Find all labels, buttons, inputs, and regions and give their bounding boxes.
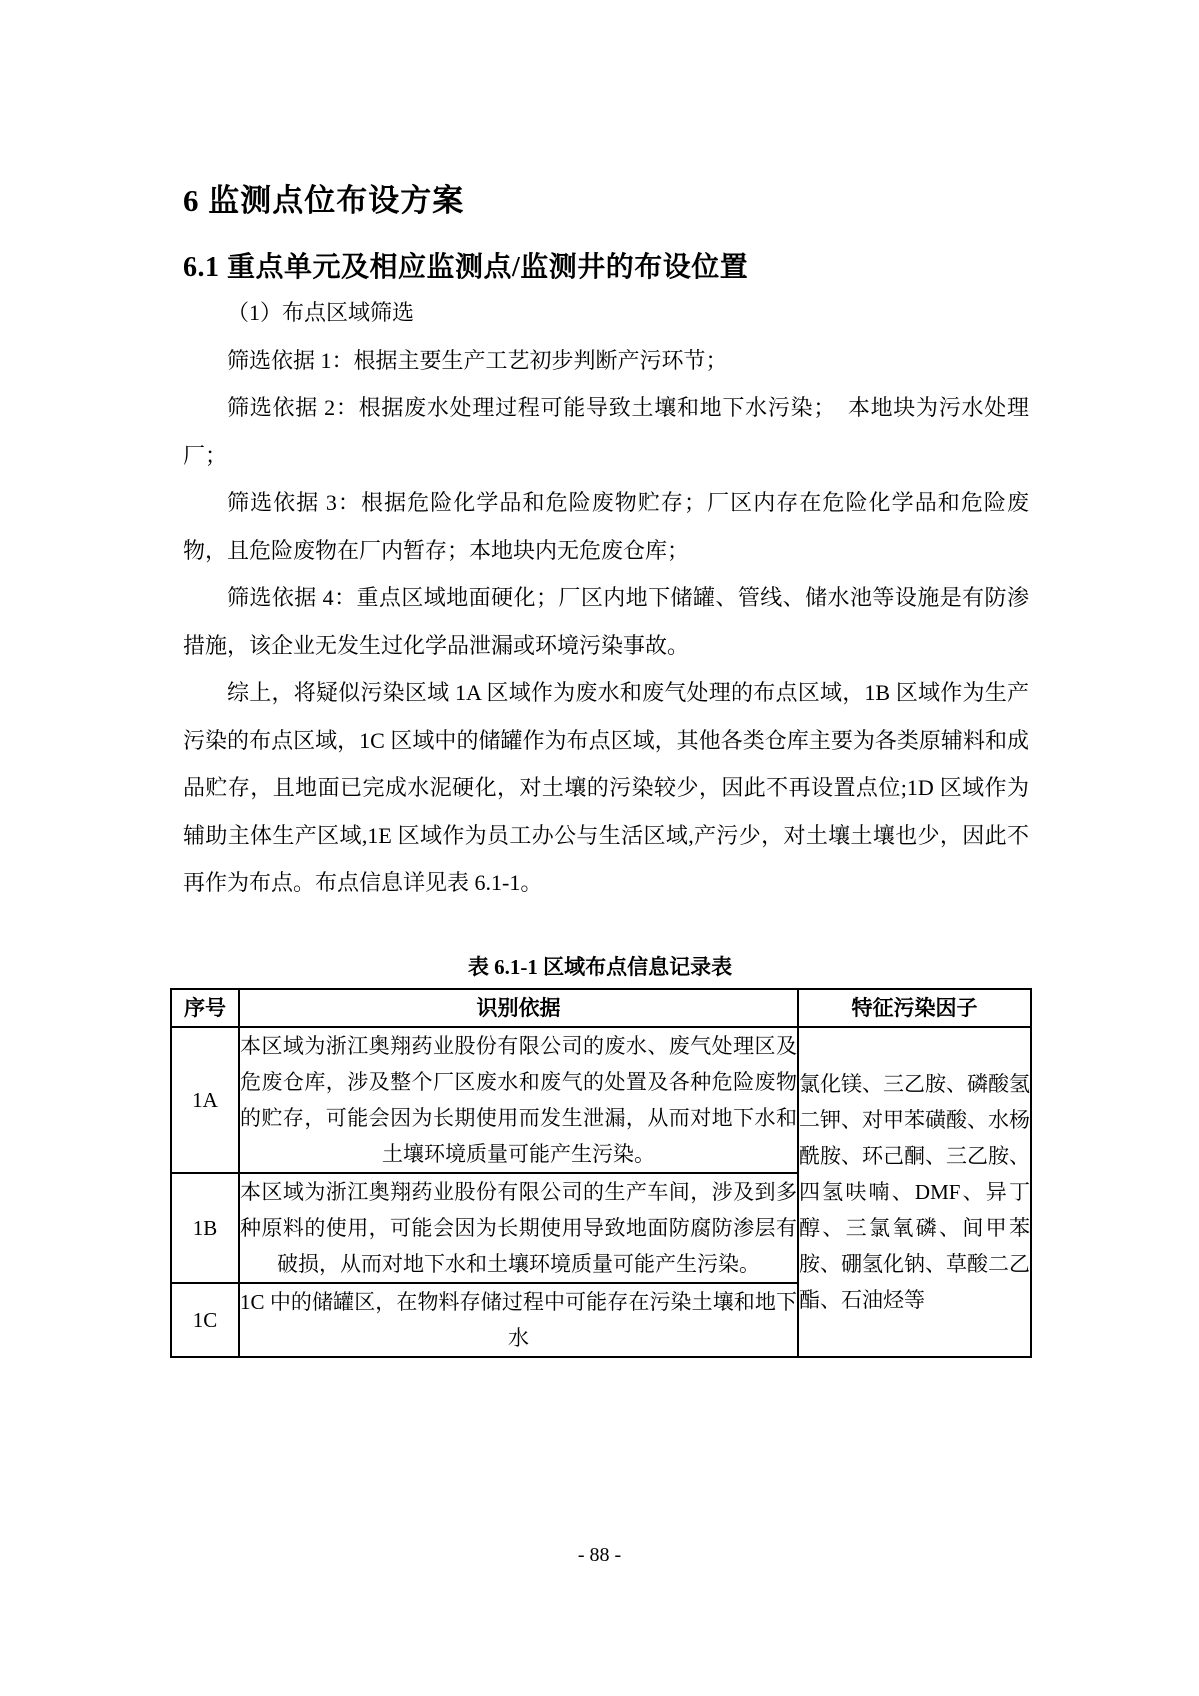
col-header-serial: 序号 (171, 989, 239, 1027)
page-number: - 88 - (0, 1542, 1199, 1568)
paragraph-basis-1: 筛选依据 1：根据主要生产工艺初步判断产污环节； (183, 337, 1029, 385)
col-header-basis: 识别依据 (239, 989, 798, 1027)
table-header-row: 序号 识别依据 特征污染因子 (171, 989, 1031, 1027)
table-caption: 表 6.1-1 区域布点信息记录表 (170, 951, 1030, 983)
row-1c-basis: 1C 中的储罐区，在物料存储过程中可能存在污染土壤和地下水 (239, 1283, 798, 1357)
paragraph-summary: 综上，将疑似污染区域 1A 区域作为废水和废气处理的布点区域，1B 区域作为生产… (183, 669, 1029, 907)
row-1b-id: 1B (171, 1173, 239, 1283)
row-1a-basis: 本区域为浙江奥翔药业股份有限公司的废水、废气处理区及危废仓库，涉及整个厂区废水和… (239, 1027, 798, 1173)
row-1c-id: 1C (171, 1283, 239, 1357)
paragraph-basis-3: 筛选依据 3：根据危险化学品和危险废物贮存；厂区内存在危险化学品和危险废物，且危… (183, 479, 1029, 574)
subsection-heading: 6.1 重点单元及相应监测点/监测井的布设位置 (183, 248, 1030, 288)
document-content: 6 监测点位布设方案 6.1 重点单元及相应监测点/监测井的布设位置 （1）布点… (170, 0, 1030, 1358)
section-heading: 6 监测点位布设方案 (183, 181, 1030, 221)
row-1a-id: 1A (171, 1027, 239, 1173)
document-page: 6 监测点位布设方案 6.1 重点单元及相应监测点/监测井的布设位置 （1）布点… (0, 0, 1199, 1696)
row-1b-basis: 本区域为浙江奥翔药业股份有限公司的生产车间，涉及到多种原料的使用，可能会因为长期… (239, 1173, 798, 1283)
pollutants-cell: 氯化镁、三乙胺、磷酸氢二钾、对甲苯磺酸、水杨酰胺、环己酮、三乙胺、四氢呋喃、DM… (798, 1027, 1031, 1357)
col-header-pollutants: 特征污染因子 (798, 989, 1031, 1027)
area-info-table: 序号 识别依据 特征污染因子 1A 本区域为浙江奥翔药业股份有限公司的废水、废气… (170, 988, 1032, 1358)
paragraph-basis-4: 筛选依据 4：重点区域地面硬化；厂区内地下储罐、管线、储水池等设施是有防渗措施，… (183, 574, 1029, 669)
table-row-1a: 1A 本区域为浙江奥翔药业股份有限公司的废水、废气处理区及危废仓库，涉及整个厂区… (171, 1027, 1031, 1173)
paragraph-screening-intro: （1）布点区域筛选 (183, 289, 1029, 337)
paragraph-basis-2: 筛选依据 2：根据废水处理过程可能导致土壤和地下水污染； 本地块为污水处理厂； (183, 384, 1029, 479)
body-text: （1）布点区域筛选 筛选依据 1：根据主要生产工艺初步判断产污环节； 筛选依据 … (183, 289, 1029, 907)
